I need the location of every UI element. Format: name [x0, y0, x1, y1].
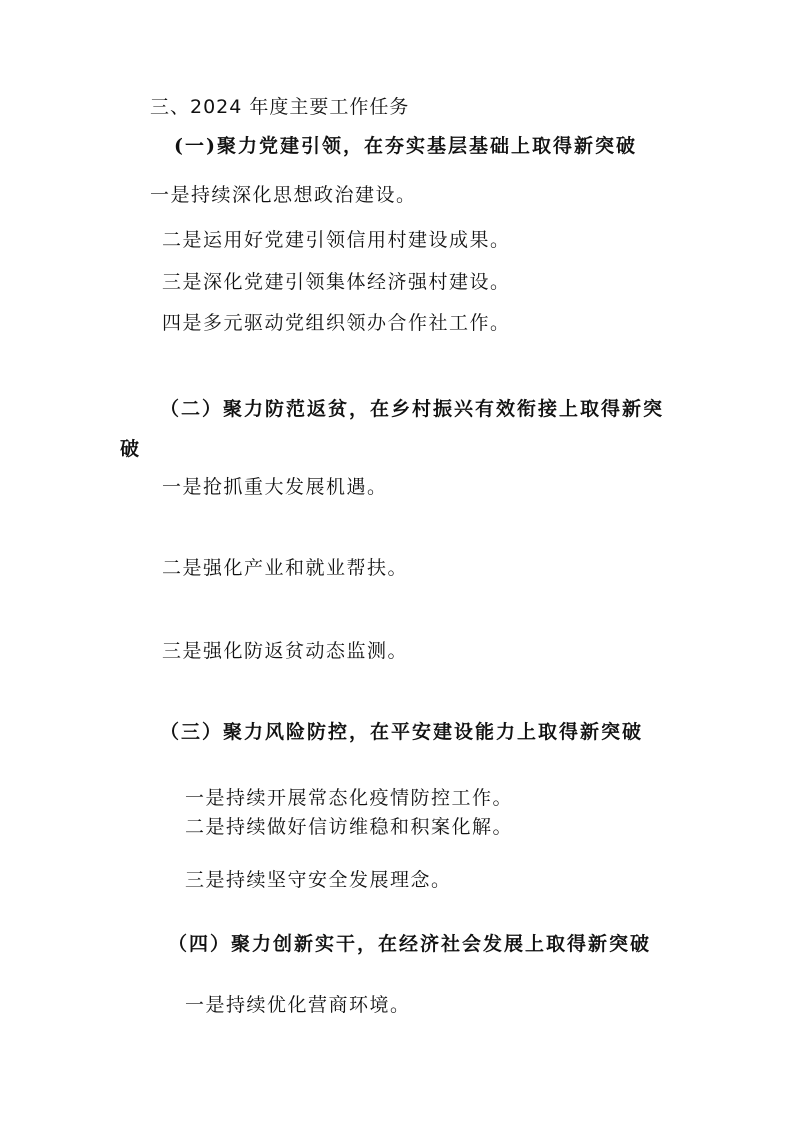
- list-item: 一是持续优化营商环境。: [185, 993, 411, 1017]
- list-item: 三是持续坚守安全发展理念。: [185, 868, 452, 892]
- list-item: 三是深化党建引领集体经济强村建设。: [162, 270, 511, 294]
- list-item: 二是强化产业和就业帮扶。: [162, 556, 408, 580]
- subsection-heading-1: (一)聚力党建引领，在夯实基层基础上取得新突破: [174, 134, 637, 158]
- subsection-heading-3: （三）聚力风险防控，在平安建设能力上取得新突破: [160, 720, 643, 744]
- subsection-heading-2: （二）聚力防范返贫，在乡村振兴有效衔接上取得新突: [160, 397, 664, 421]
- subsection-heading-4: （四）聚力创新实干，在经济社会发展上取得新突破: [168, 932, 651, 956]
- list-item: 一是抢抓重大发展机遇。: [162, 475, 388, 499]
- section-title: 三、2024 年度主要工作任务: [150, 95, 409, 119]
- list-item: 三是强化防返贫动态监测。: [162, 639, 408, 663]
- list-item: 二是持续做好信访维稳和积案化解。: [185, 815, 513, 839]
- subsection-heading-2-wrap: 破: [120, 437, 141, 461]
- list-item: 二是运用好党建引领信用村建设成果。: [162, 228, 511, 252]
- list-item: 一是持续深化思想政治建设。: [150, 183, 417, 207]
- list-item: 一是持续开展常态化疫情防控工作。: [185, 786, 513, 810]
- list-item: 四是多元驱动党组织领办合作社工作。: [162, 311, 511, 335]
